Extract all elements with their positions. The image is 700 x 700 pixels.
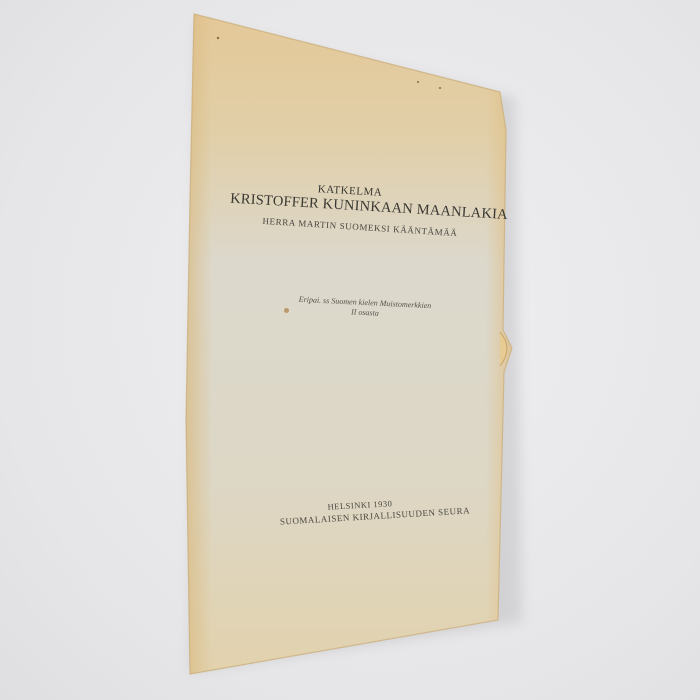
cover-text: KATKELMA KRISTOFFER KUNINKAAN MAANLAKIA …: [0, 0, 700, 700]
